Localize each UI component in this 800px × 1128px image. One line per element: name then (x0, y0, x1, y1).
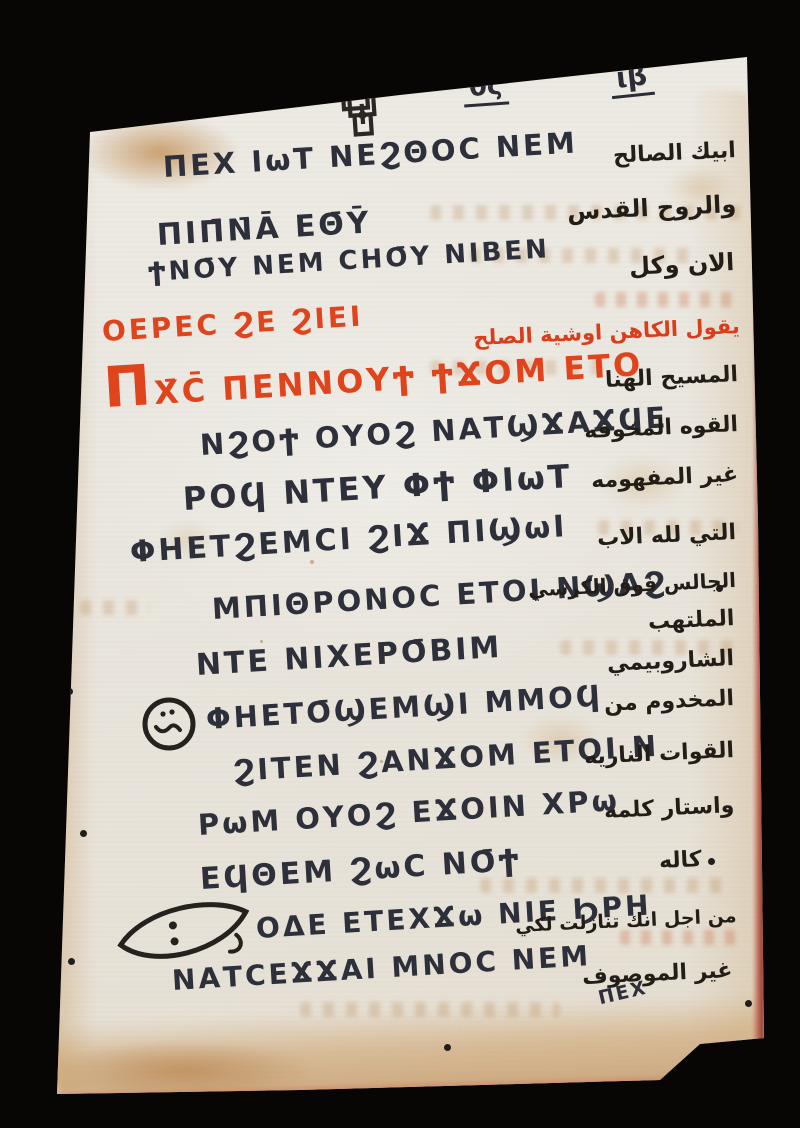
arabic-gloss-line: التي لله الاب (597, 520, 737, 551)
margin-dot (80, 830, 87, 837)
coptic-line: ΦΗΕΤϨΕΜCΙ ϨΙϪ ΠΙϢωΙ (129, 509, 568, 570)
stain-bottom-left (55, 1040, 315, 1100)
margin-dot (745, 1000, 752, 1007)
arabic-gloss-line: ابيك الصالح (613, 138, 737, 169)
margin-dot (716, 585, 723, 592)
stain-top-edge (77, 3, 769, 129)
coptic-cross-icon (317, 43, 405, 144)
almond-mark-ornament (113, 891, 262, 979)
arabic-gloss-line: واستار كلمه (603, 793, 734, 824)
arabic-gloss-line: الان وكل (628, 248, 734, 281)
margin-dot (68, 565, 75, 572)
coptic-line: ΡωΜ ΟΥΟϨ ΕϪΟΙΝ ΧΡω (197, 783, 621, 842)
nomen-sacrum-right: θς (462, 70, 509, 103)
show-through-band (595, 292, 740, 307)
foxing-speck (500, 340, 504, 344)
stain-left-edge (50, 150, 95, 1090)
margin-dot (444, 1044, 451, 1051)
nomen-sacrum-left-label: ις (223, 75, 259, 109)
coptic-rubric-line: ΟΕΡΕC ϨΕ ϨΙΕΙ (101, 300, 364, 348)
show-through-band (80, 600, 150, 615)
foxing-speck (310, 560, 314, 564)
arabic-gloss-line: والروح القدس (566, 190, 736, 226)
coptic-line: ΕϤΘΕΜ ϨωC ΝΟ̄Ϯ (199, 843, 523, 897)
margin-dot (66, 688, 73, 695)
show-through-band (620, 930, 740, 945)
coptic-line: ΡΟϤ ΝΤΕΥ ΦϮ ΦΙωΤ (182, 457, 574, 518)
red-fore-edge-bottom (60, 1073, 700, 1100)
folio-number: ρα (57, 76, 107, 110)
arabic-gloss-line: المخدوم من (604, 686, 735, 717)
manuscript-leaf: ρα ις θς ιβ ΠΕΧ ΙωΤ ΝΕϨΘΟC ΝΕΜ ΠΙΠ̄Ν̄Ᾱ … (0, 0, 800, 1128)
foxing-speck (260, 640, 263, 643)
red-fore-edge-right (752, 57, 764, 1042)
arabic-gloss-line: كاله (659, 847, 703, 874)
coptic-line: ΦΗΕΤΟ̄ϢΕΜϢΙ ΜΜΟϤ (205, 678, 604, 736)
arabic-gloss-line: القوات الناريه (584, 738, 735, 770)
arabic-gloss-line: المسيح الهنا (605, 362, 739, 393)
arabic-gloss-line: الملتهب (647, 606, 734, 635)
show-through-band (300, 1002, 560, 1017)
coptic-line: ΝΤΕ ΝΙΧΕΡΟ̄ΒΙΜ (195, 630, 503, 683)
margin-dot (64, 448, 71, 455)
margin-dot (68, 958, 75, 965)
circle-mark-ornament (140, 694, 200, 754)
folio-number-label: ρα (57, 72, 107, 110)
coptic-rubric-line: ΠΧ̄C̄ ΠΕΝΝΟΥϮ ϮϪΟΜ ΕΤΟ (103, 336, 645, 415)
arabic-gloss-line: غير المفهومه (591, 462, 739, 494)
quire-mark-label: ιβ (608, 54, 655, 99)
stain-right-column (690, 90, 755, 1040)
foxing-speck (380, 760, 383, 763)
quire-mark: ιβ (608, 58, 654, 95)
margin-dot (708, 858, 715, 865)
arabic-gloss-line: الشاروبيمي (607, 646, 735, 677)
nomen-sacrum-left: ις (223, 79, 258, 109)
nomen-sacrum-right-label: θς (462, 66, 510, 107)
